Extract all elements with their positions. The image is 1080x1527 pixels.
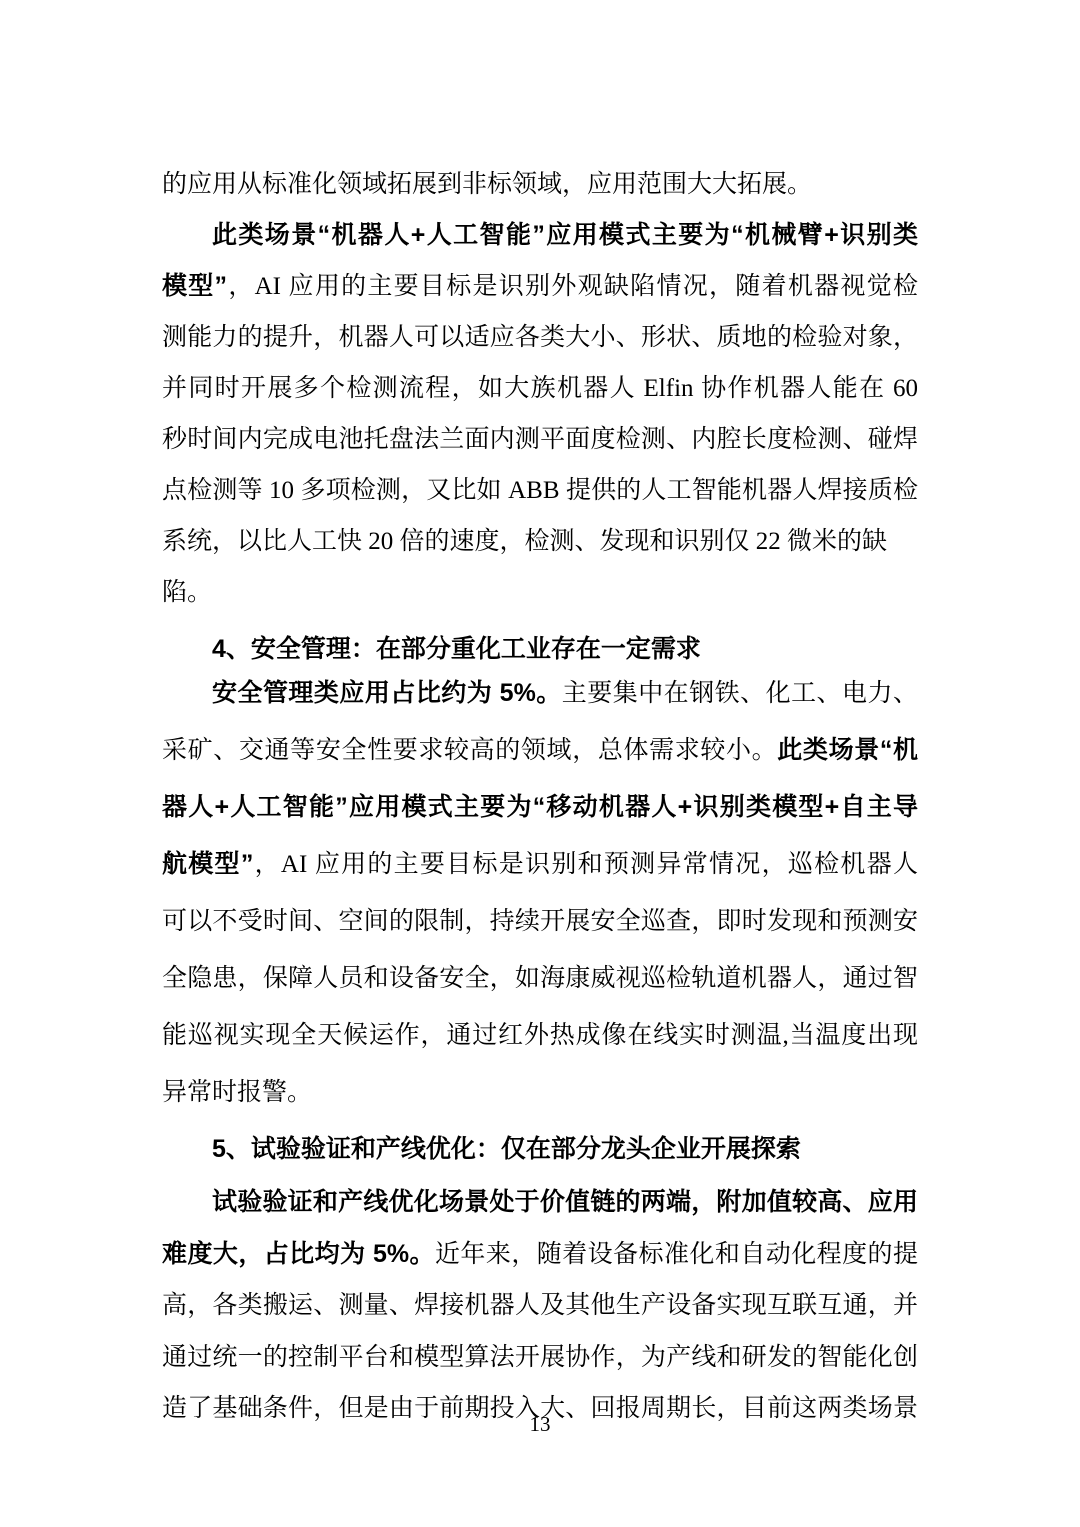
text-line: 航模型”，AI 应用的主要目标是识别和预测异常情况，巡检机器人 (162, 836, 918, 893)
text-segment: 测能力的提升，机器人可以适应各类大小、形状、质地的检验对象， (162, 324, 918, 351)
bold-text-segment: 航模型” (162, 850, 253, 878)
page-number: 13 (0, 1408, 1080, 1440)
text-segment: 全隐患，保障人员和设备安全，如海康威视巡检轨道机器人，通过智 (162, 965, 918, 992)
bold-text-segment: 此类场景“机 (777, 736, 918, 764)
text-segment: ，AI 应用的主要目标是识别和预测异常情况，巡检机器人 (253, 851, 918, 878)
section-heading: 5、试验验证和产线优化：仅在部分龙头企业开展探索 (162, 1124, 918, 1175)
text-line: 并同时开展多个检测流程，如大族机器人 Elfin 协作机器人能在 60 (162, 363, 918, 414)
bold-text-segment: 器人+人工智能”应用模式主要为“移动机器人+识别类模型+自主导 (162, 793, 918, 821)
text-line: 此类场景“机器人+人工智能”应用模式主要为“机械臂+识别类 (162, 210, 918, 261)
bold-text-segment: 难度大，占比均为 5%。 (162, 1240, 435, 1268)
text-line: 采矿、交通等安全性要求较高的领域，总体需求较小。此类场景“机 (162, 722, 918, 779)
text-line: 点检测等 10 多项检测，又比如 ABB 提供的人工智能机器人焊接质检 (162, 465, 918, 516)
text-segment: 异常时报警。 (162, 1079, 312, 1106)
text-segment: 能巡视实现全天候运作，通过红外热成像在线实时测温,当温度出现 (162, 1022, 918, 1049)
text-line: 能巡视实现全天候运作，通过红外热成像在线实时测温,当温度出现 (162, 1007, 918, 1064)
text-segment: 秒时间内完成电池托盘法兰面内测平面度检测、内腔长度检测、碰焊 (162, 426, 918, 453)
paragraph: 此类场景“机器人+人工智能”应用模式主要为“机械臂+识别类模型”，AI 应用的主… (162, 210, 918, 618)
text-segment: 高，各类搬运、测量、焊接机器人及其他生产设备实现互联互通，并 (162, 1292, 918, 1319)
text-segment: 通过统一的控制平台和模型算法开展协作，为产线和研发的智能化创 (162, 1344, 918, 1371)
paragraph: 安全管理类应用占比约为 5%。主要集中在钢铁、化工、电力、采矿、交通等安全性要求… (162, 665, 918, 1121)
text-line: 模型”，AI 应用的主要目标是识别外观缺陷情况，随着机器视觉检 (162, 261, 918, 312)
text-line: 安全管理类应用占比约为 5%。主要集中在钢铁、化工、电力、 (162, 665, 918, 722)
bold-text-segment: 4、安全管理：在部分重化工业存在一定需求 (212, 635, 701, 663)
bold-text-segment: 安全管理类应用占比约为 5%。 (212, 679, 562, 707)
document-body: 的应用从标准化领域拓展到非标领域，应用范围大大拓展。此类场景“机器人+人工智能”… (162, 160, 918, 1435)
text-segment: 系统，以比人工快 20 倍的速度，检测、发现和识别仅 22 微米的缺陷。 (162, 528, 887, 606)
text-segment: 并同时开展多个检测流程，如大族机器人 Elfin 协作机器人能在 60 (162, 375, 918, 402)
text-segment: 可以不受时间、空间的限制，持续开展安全巡查，即时发现和预测安 (162, 908, 918, 935)
text-line: 系统，以比人工快 20 倍的速度，检测、发现和识别仅 22 微米的缺陷。 (162, 516, 918, 618)
paragraph: 的应用从标准化领域拓展到非标领域，应用范围大大拓展。 (162, 160, 918, 210)
text-line: 全隐患，保障人员和设备安全，如海康威视巡检轨道机器人，通过智 (162, 950, 918, 1007)
text-segment: 的应用从标准化领域拓展到非标领域，应用范围大大拓展。 (162, 171, 812, 198)
text-line: 的应用从标准化领域拓展到非标领域，应用范围大大拓展。 (162, 160, 918, 210)
text-line: 试验验证和产线优化场景处于价值链的两端，附加值较高、应用 (162, 1177, 918, 1229)
text-line: 器人+人工智能”应用模式主要为“移动机器人+识别类模型+自主导 (162, 779, 918, 836)
text-line: 测能力的提升，机器人可以适应各类大小、形状、质地的检验对象， (162, 312, 918, 363)
text-segment: 主要集中在钢铁、化工、电力、 (562, 680, 918, 707)
bold-text-segment: 试验验证和产线优化场景处于价值链的两端，附加值较高、应用 (212, 1188, 918, 1216)
text-segment: ，AI 应用的主要目标是识别外观缺陷情况，随着机器视觉检 (227, 273, 918, 300)
text-segment: 近年来，随着设备标准化和自动化程度的提 (435, 1241, 918, 1268)
paragraph: 试验验证和产线优化场景处于价值链的两端，附加值较高、应用难度大，占比均为 5%。… (162, 1177, 918, 1435)
text-line: 秒时间内完成电池托盘法兰面内测平面度检测、内腔长度检测、碰焊 (162, 414, 918, 465)
text-line: 通过统一的控制平台和模型算法开展协作，为产线和研发的智能化创 (162, 1332, 918, 1384)
text-line: 高，各类搬运、测量、焊接机器人及其他生产设备实现互联互通，并 (162, 1280, 918, 1332)
document-page: 的应用从标准化领域拓展到非标领域，应用范围大大拓展。此类场景“机器人+人工智能”… (0, 0, 1080, 1527)
text-line: 异常时报警。 (162, 1064, 918, 1121)
text-segment: 采矿、交通等安全性要求较高的领域，总体需求较小。 (162, 737, 777, 764)
text-line: 难度大，占比均为 5%。近年来，随着设备标准化和自动化程度的提 (162, 1229, 918, 1281)
bold-text-segment: 模型” (162, 272, 227, 300)
bold-text-segment: 此类场景“机器人+人工智能”应用模式主要为“机械臂+识别类 (212, 221, 918, 249)
text-line: 可以不受时间、空间的限制，持续开展安全巡查，即时发现和预测安 (162, 893, 918, 950)
bold-text-segment: 5、试验验证和产线优化：仅在部分龙头企业开展探索 (212, 1135, 801, 1163)
heading-line: 5、试验验证和产线优化：仅在部分龙头企业开展探索 (162, 1124, 918, 1175)
text-segment: 点检测等 10 多项检测，又比如 ABB 提供的人工智能机器人焊接质检 (162, 477, 918, 504)
